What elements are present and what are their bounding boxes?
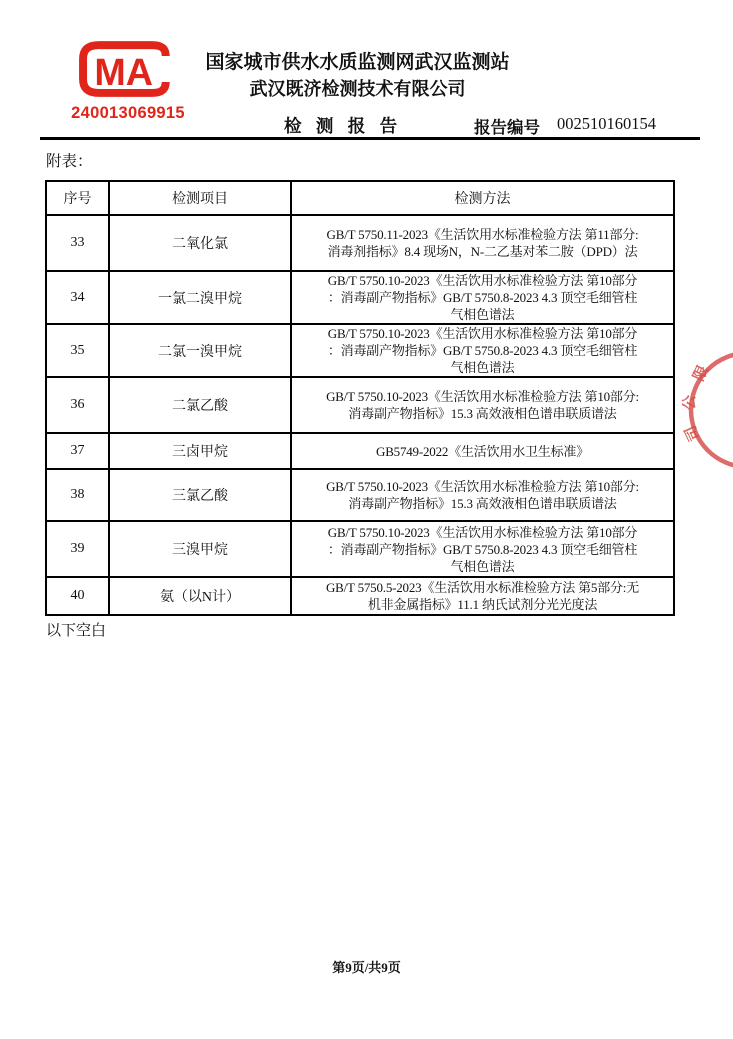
table-row: 37 三卤甲烷 GB5749-2022《生活饮用水卫生标准》 xyxy=(46,433,674,469)
page-number: 第9页/共9页 xyxy=(0,957,733,976)
col-header-item: 检测项目 xyxy=(109,181,291,215)
row-no: 34 xyxy=(46,271,109,324)
row-item: 三溴甲烷 xyxy=(109,521,291,577)
report-number-value: 002510160154 xyxy=(557,114,656,134)
row-method: GB/T 5750.5-2023《生活饮用水标准检验方法 第5部分:无 机非金属… xyxy=(291,577,674,615)
row-item: 一氯二溴甲烷 xyxy=(109,271,291,324)
row-method: GB/T 5750.10-2023《生活饮用水标准检验方法 第10部分: 消毒副… xyxy=(291,377,674,433)
seal-char: 公 xyxy=(681,394,698,410)
report-page: MA 240013069915 国家城市供水水质监测网武汉监测站 武汉既济检测技… xyxy=(0,0,733,1039)
row-item: 二氧化氯 xyxy=(109,215,291,271)
table-row: 35 二氯一溴甲烷 GB/T 5750.10-2023《生活饮用水标准检验方法 … xyxy=(46,324,674,377)
row-item: 二氯一溴甲烷 xyxy=(109,324,291,377)
table-row: 39 三溴甲烷 GB/T 5750.10-2023《生活饮用水标准检验方法 第1… xyxy=(46,521,674,577)
table-row: 33 二氧化氯 GB/T 5750.11-2023《生活饮用水标准检验方法 第1… xyxy=(46,215,674,271)
header-divider xyxy=(40,137,700,140)
organisation-names: 国家城市供水水质监测网武汉监测站 武汉既济检测技术有限公司 xyxy=(0,50,733,102)
row-no: 38 xyxy=(46,469,109,521)
row-method: GB/T 5750.11-2023《生活饮用水标准检验方法 第11部分: 消毒剂… xyxy=(291,215,674,271)
row-method: GB/T 5750.10-2023《生活饮用水标准检验方法 第10部分 ：消毒副… xyxy=(291,271,674,324)
table-row: 40 氨（以N计） GB/T 5750.5-2023《生活饮用水标准检验方法 第… xyxy=(46,577,674,615)
row-method: GB/T 5750.10-2023《生活饮用水标准检验方法 第10部分 ：消毒副… xyxy=(291,521,674,577)
report-number-label: 报告编号 xyxy=(474,114,540,138)
row-no: 36 xyxy=(46,377,109,433)
row-item: 二氯乙酸 xyxy=(109,377,291,433)
row-no: 40 xyxy=(46,577,109,615)
table-row: 34 一氯二溴甲烷 GB/T 5750.10-2023《生活饮用水标准检验方法 … xyxy=(46,271,674,324)
row-item: 三氯乙酸 xyxy=(109,469,291,521)
row-method: GB5749-2022《生活饮用水卫生标准》 xyxy=(291,433,674,469)
row-no: 39 xyxy=(46,521,109,577)
org-name-line1: 国家城市供水水质监测网武汉监测站 xyxy=(0,50,715,76)
report-title: 检 测 报 告 xyxy=(284,113,402,138)
table-header-row: 序号 检测项目 检测方法 xyxy=(46,181,674,215)
col-header-no: 序号 xyxy=(46,181,109,215)
attachment-label: 附表： xyxy=(46,149,93,171)
blank-below-note: 以下空白 xyxy=(46,619,106,640)
col-header-method: 检测方法 xyxy=(291,181,674,215)
official-seal-icon: 限 公 司 xyxy=(680,350,733,470)
table-row: 38 三氯乙酸 GB/T 5750.10-2023《生活饮用水标准检验方法 第1… xyxy=(46,469,674,521)
org-name-line2: 武汉既济检测技术有限公司 xyxy=(0,76,715,102)
test-methods-table: 序号 检测项目 检测方法 33 二氧化氯 GB/T 5750.11-2023《生… xyxy=(45,180,675,616)
row-method: GB/T 5750.10-2023《生活饮用水标准检验方法 第10部分 ：消毒副… xyxy=(291,324,674,377)
seal-char: 限 xyxy=(689,362,712,383)
row-no: 33 xyxy=(46,215,109,271)
row-item: 氨（以N计） xyxy=(109,577,291,615)
row-no: 35 xyxy=(46,324,109,377)
row-no: 37 xyxy=(46,433,109,469)
row-method: GB/T 5750.10-2023《生活饮用水标准检验方法 第10部分: 消毒副… xyxy=(291,469,674,521)
table-row: 36 二氯乙酸 GB/T 5750.10-2023《生活饮用水标准检验方法 第1… xyxy=(46,377,674,433)
row-item: 三卤甲烷 xyxy=(109,433,291,469)
report-title-line: 检 测 报 告 报告编号 002510160154 xyxy=(0,113,733,138)
